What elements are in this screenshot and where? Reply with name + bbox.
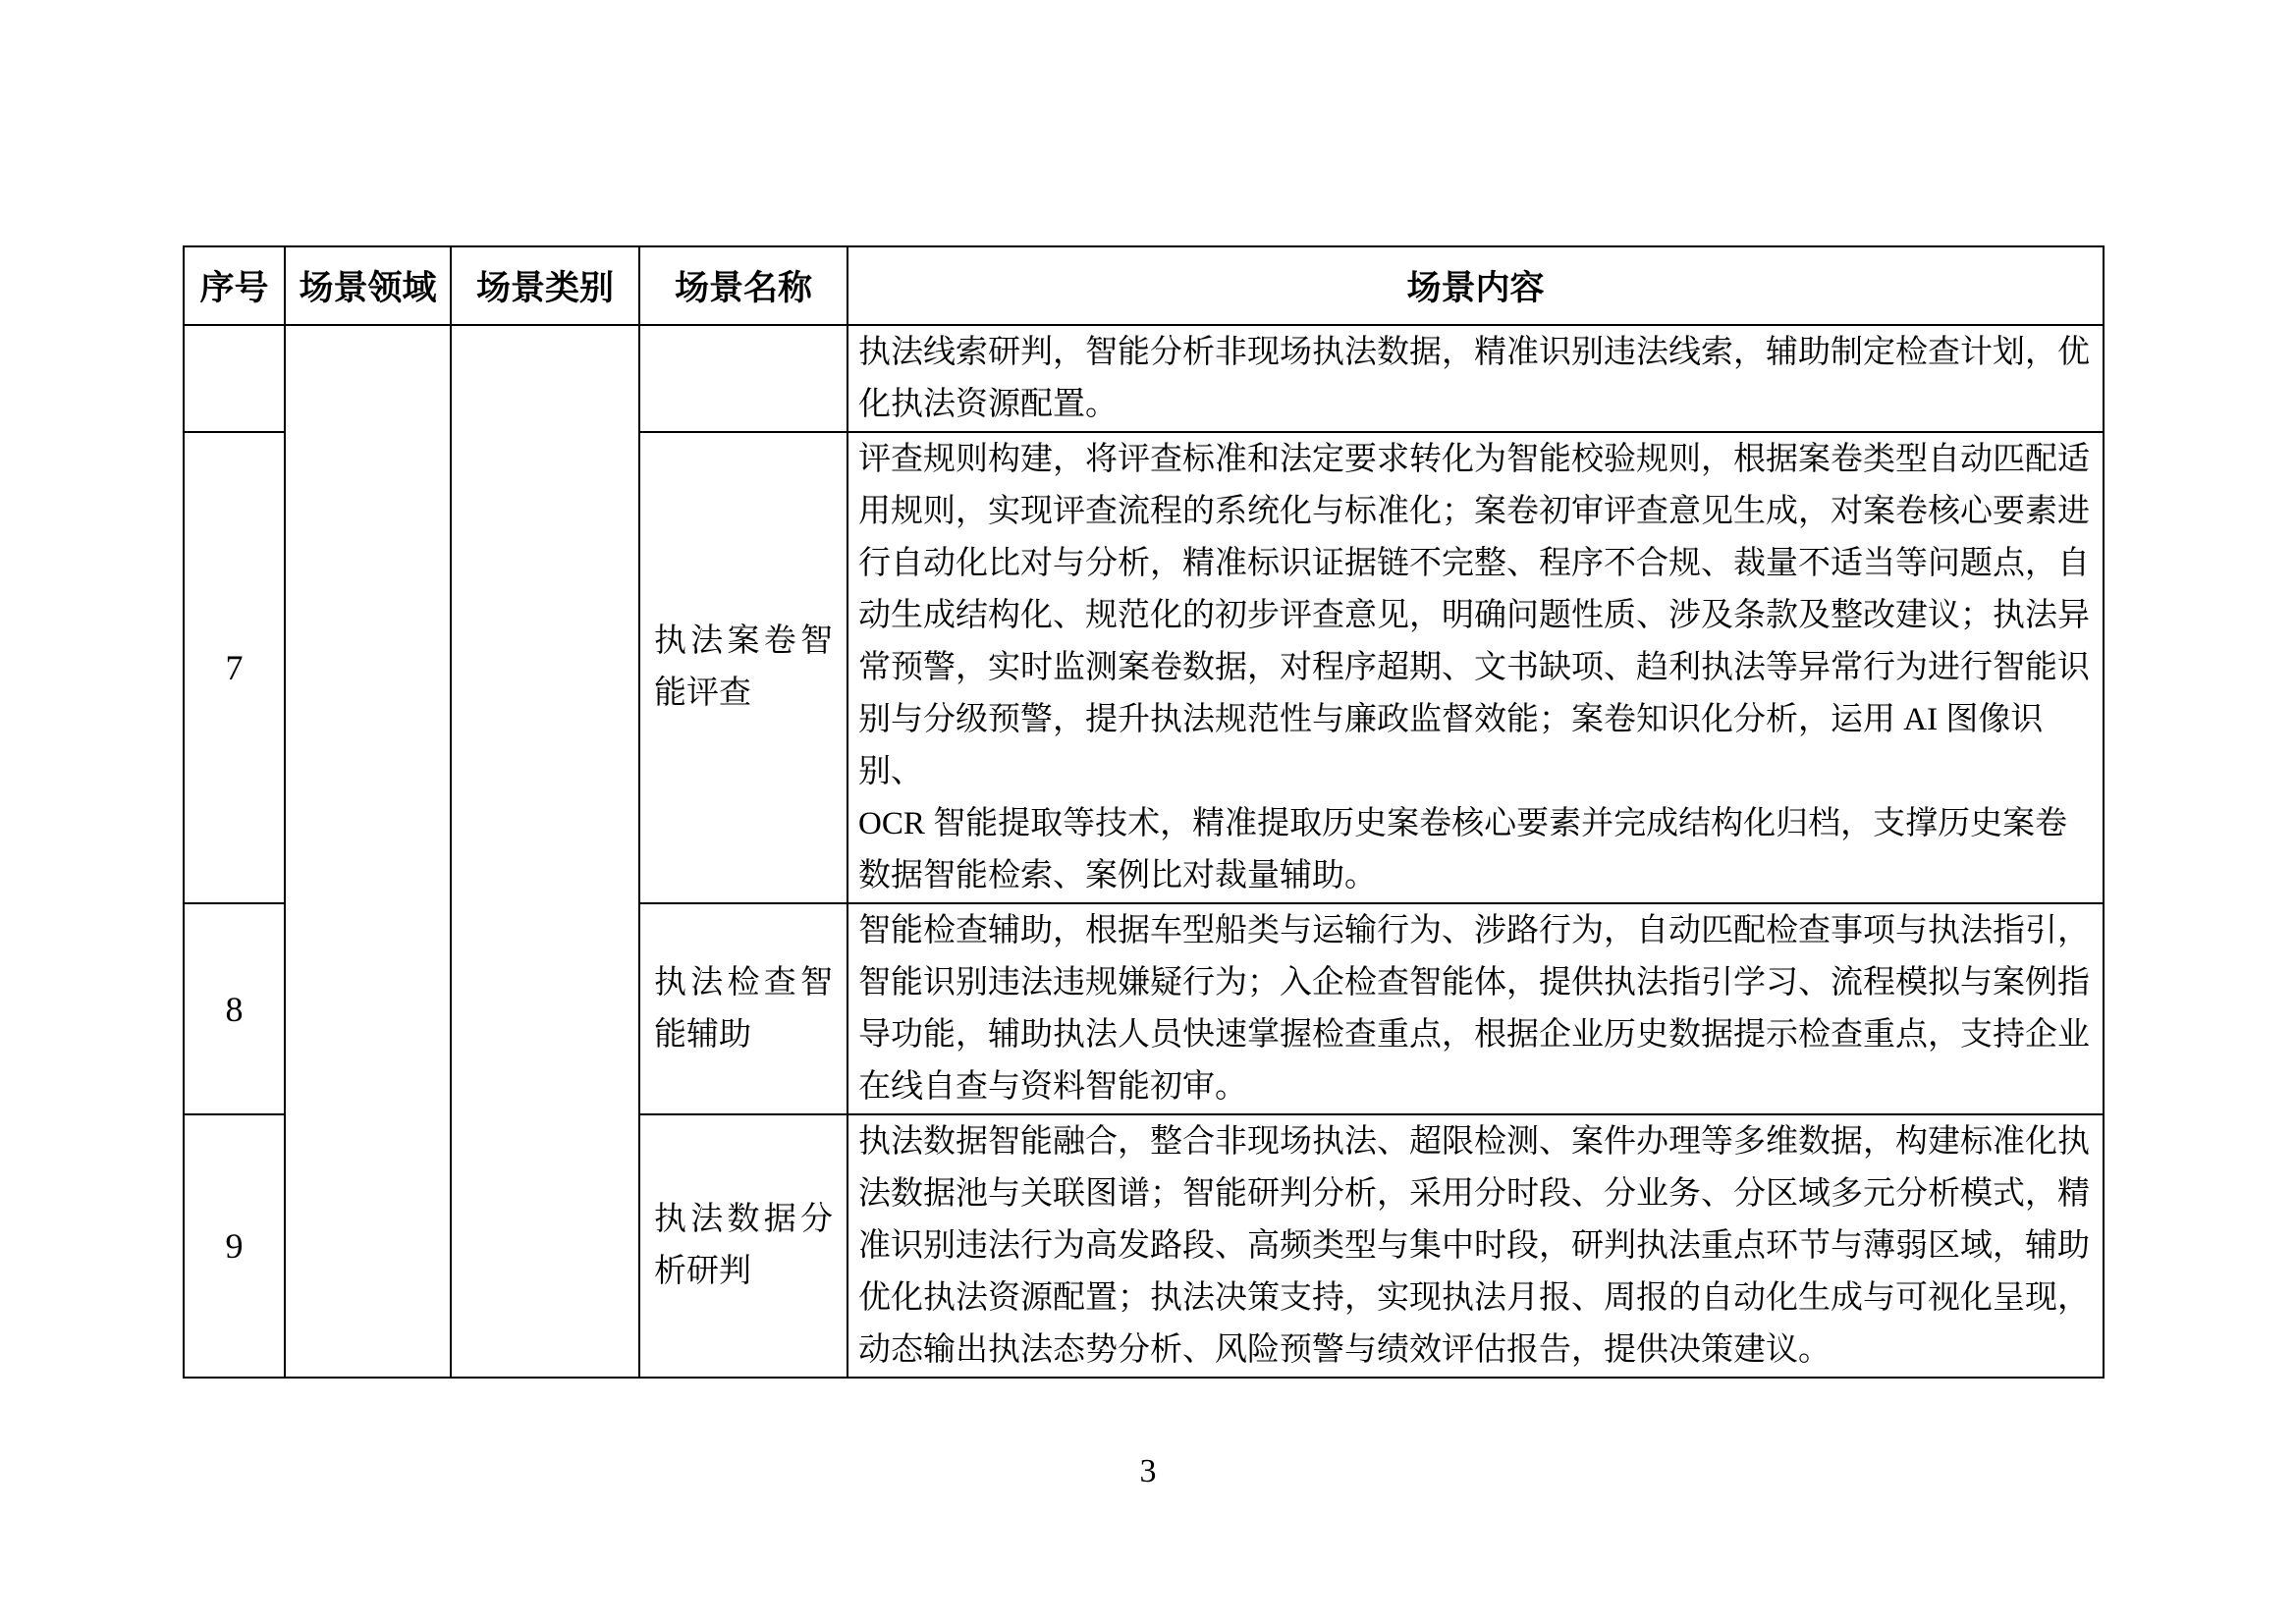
column-header-category: 场景类别: [451, 246, 639, 325]
scene-name-cell: 执法数据分析研判: [639, 1114, 847, 1378]
seq-cell: 9: [184, 1114, 285, 1378]
scenario-table: 序号 场景领域 场景类别 场景名称 场景内容 执法线索研判，智能分析非现场执法数…: [183, 245, 2105, 1379]
document-page: 序号 场景领域 场景类别 场景名称 场景内容 执法线索研判，智能分析非现场执法数…: [0, 0, 2296, 1623]
page-number: 3: [0, 1453, 2296, 1490]
scene-content-cell: 执法线索研判，智能分析非现场执法数据，精准识别违法线索，辅助制定检查计划，优 化…: [847, 325, 2104, 432]
category-cell-merged: [451, 325, 639, 1378]
column-header-domain: 场景领域: [285, 246, 451, 325]
scene-name-cell: [639, 325, 847, 432]
table-header-row: 序号 场景领域 场景类别 场景名称 场景内容: [184, 246, 2104, 325]
scene-name-cell: 执法案卷智能评查: [639, 432, 847, 903]
scene-content-cell: 智能检查辅助，根据车型船类与运输行为、涉路行为，自动匹配检查事项与执法指引， 智…: [847, 903, 2104, 1114]
scene-content-cell: 执法数据智能融合，整合非现场执法、超限检测、案件办理等多维数据，构建标准化执 法…: [847, 1114, 2104, 1378]
seq-cell: 8: [184, 903, 285, 1114]
column-header-seq: 序号: [184, 246, 285, 325]
seq-cell: [184, 325, 285, 432]
column-header-content: 场景内容: [847, 246, 2104, 325]
domain-cell-merged: [285, 325, 451, 1378]
column-header-name: 场景名称: [639, 246, 847, 325]
scene-content-cell: 评查规则构建，将评查标准和法定要求转化为智能校验规则，根据案卷类型自动匹配适 用…: [847, 432, 2104, 903]
seq-cell: 7: [184, 432, 285, 903]
scene-name-cell: 执法检查智能辅助: [639, 903, 847, 1114]
table-row-continuation: 执法线索研判，智能分析非现场执法数据，精准识别违法线索，辅助制定检查计划，优 化…: [184, 325, 2104, 432]
